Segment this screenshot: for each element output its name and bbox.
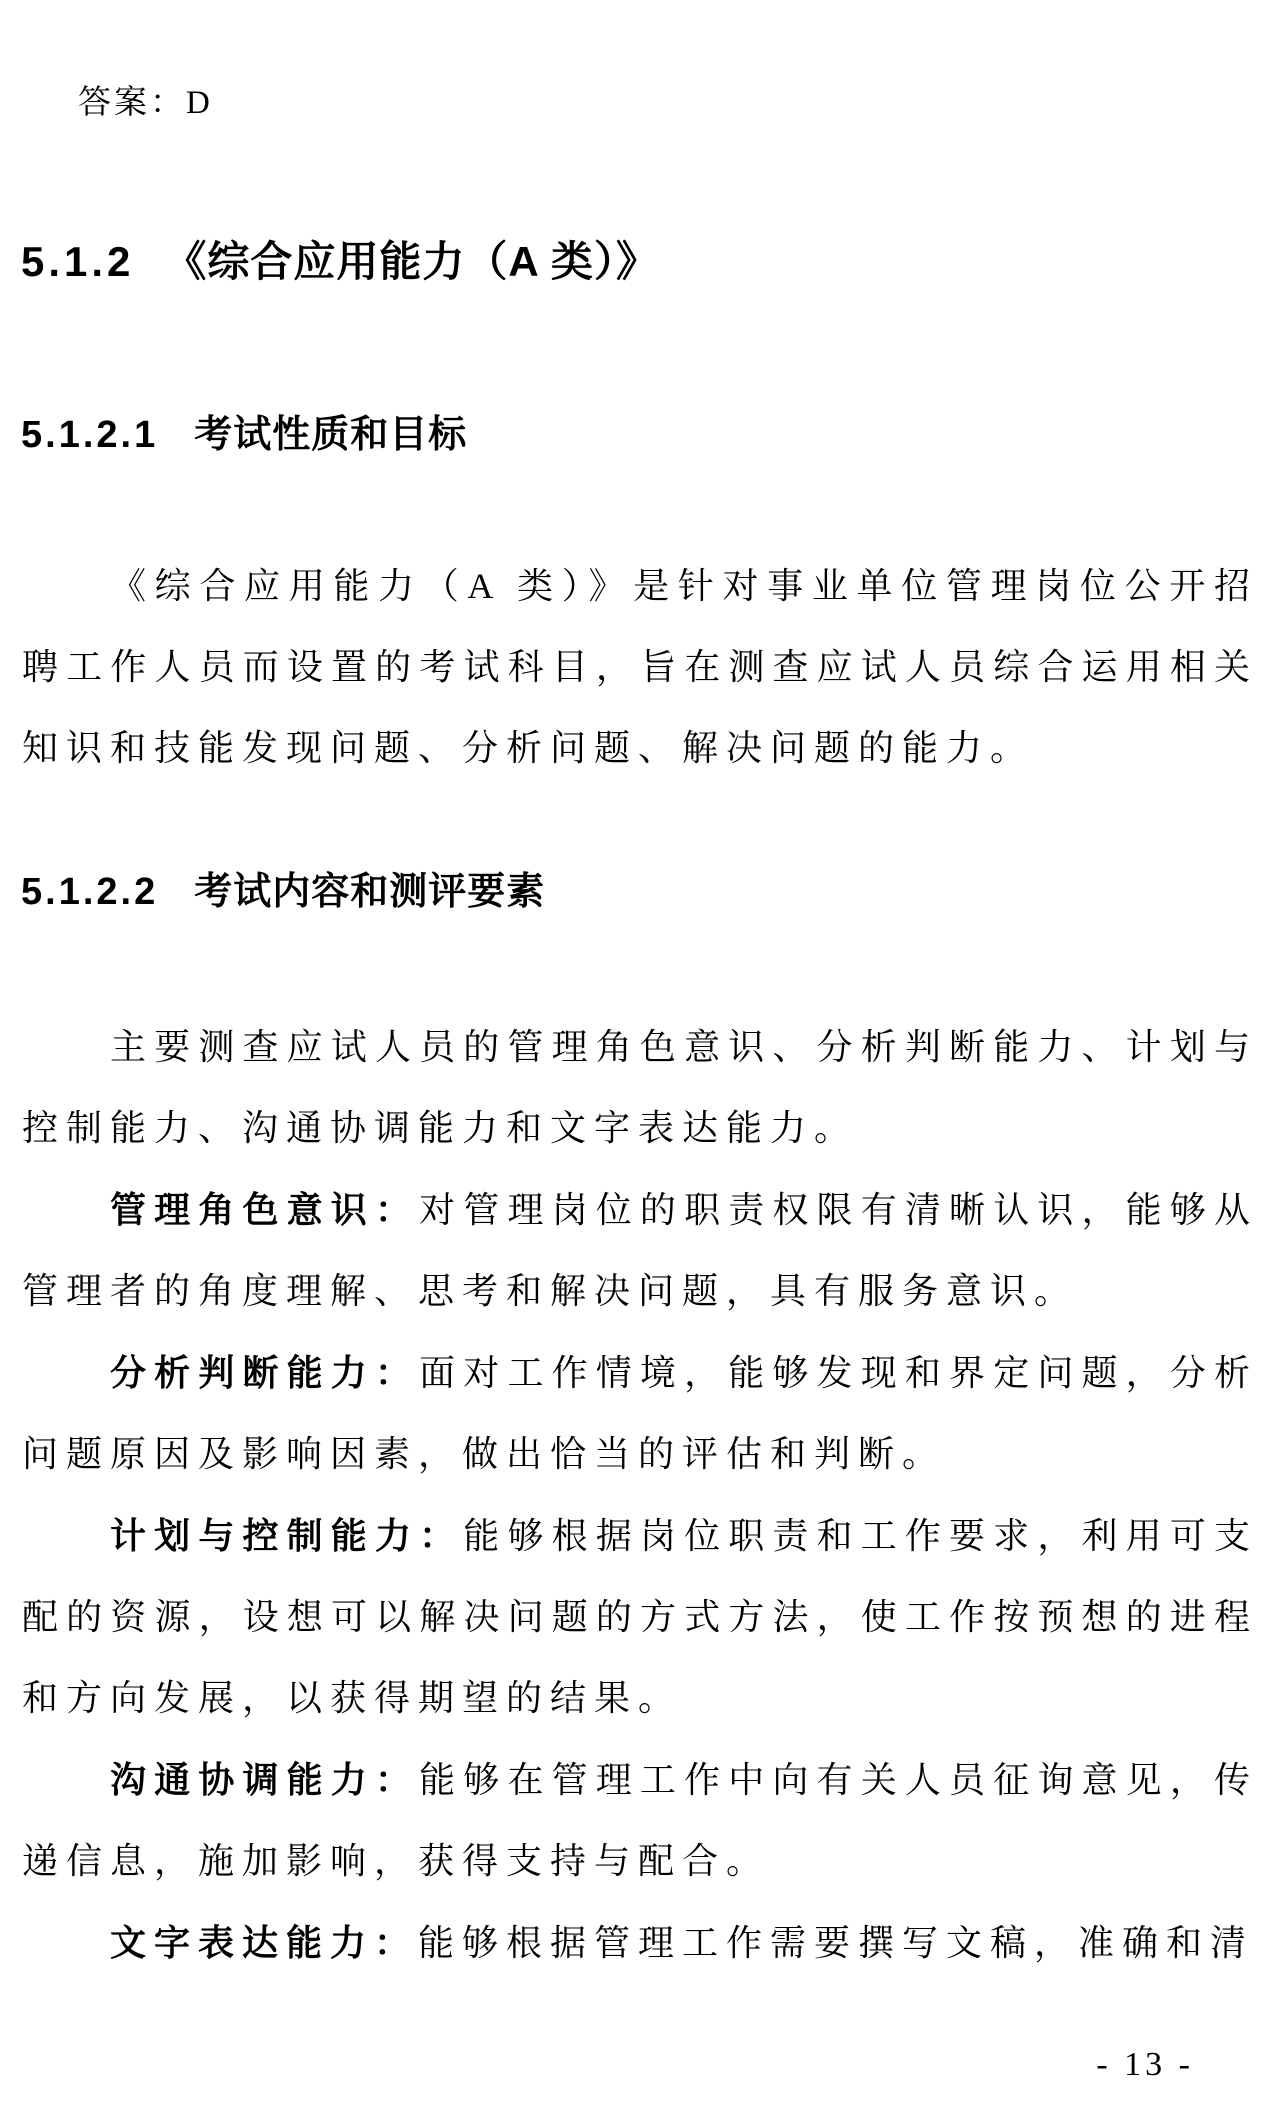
ability-item-analysis-judgement: 分析判断能力：面对工作情境，能够发现和界定问题，分析问题原因及影响因素，做出恰当…: [22, 1332, 1258, 1495]
heading-number: 5.1.2: [21, 238, 134, 285]
heading-number: 5.1.2.1: [21, 414, 158, 456]
heading-title: 考试性质和目标: [194, 414, 467, 456]
ability-item-planning-control: 计划与控制能力：能够根据岗位职责和工作要求，利用可支配的资源，设想可以解决问题的…: [22, 1495, 1258, 1739]
ability-term: 沟通协调能力：: [110, 1759, 419, 1800]
page-number: - 13 -: [1096, 2046, 1194, 2084]
ability-desc: 能够根据管理工作需要撰写文稿，准确和清: [418, 1923, 1254, 1963]
ability-item-management-role: 管理角色意识：对管理岗位的职责权限有清晰认识，能够从管理者的角度理解、思考和解决…: [22, 1169, 1258, 1332]
ability-term: 管理角色意识：: [110, 1189, 419, 1230]
section1-body: 《综合应用能力（A 类）》是针对事业单位管理岗位公开招聘工作人员而设置的考试科目…: [22, 546, 1258, 789]
ability-term: 分析判断能力：: [110, 1352, 419, 1393]
section1-paragraph: 《综合应用能力（A 类）》是针对事业单位管理岗位公开招聘工作人员而设置的考试科目…: [22, 546, 1258, 789]
ability-item-written-expression: 文字表达能力：能够根据管理工作需要撰写文稿，准确和清: [22, 1902, 1258, 1984]
heading-number: 5.1.2.2: [21, 871, 158, 913]
section2-body: 主要测查应试人员的管理角色意识、分析判断能力、计划与控制能力、沟通协调能力和文字…: [22, 1007, 1258, 1984]
section-heading-5122: 5.1.2.2考试内容和测评要素: [21, 871, 545, 915]
heading-title: 《综合应用能力（A 类）》: [164, 238, 658, 285]
heading-title: 考试内容和测评要素: [194, 871, 545, 913]
ability-item-communication-coordination: 沟通协调能力：能够在管理工作中向有关人员征询意见，传递信息，施加影响，获得支持与…: [22, 1739, 1258, 1902]
ability-term: 文字表达能力：: [110, 1922, 418, 1963]
section2-intro-paragraph: 主要测查应试人员的管理角色意识、分析判断能力、计划与控制能力、沟通协调能力和文字…: [22, 1007, 1258, 1169]
answer-line: 答案：D: [78, 76, 213, 123]
document-page: 答案：D 5.1.2《综合应用能力（A 类）》 5.1.2.1考试性质和目标 《…: [0, 0, 1280, 2113]
ability-term: 计划与控制能力：: [110, 1515, 463, 1556]
section-heading-512: 5.1.2《综合应用能力（A 类）》: [21, 238, 659, 286]
section-heading-5121: 5.1.2.1考试性质和目标: [21, 414, 467, 458]
